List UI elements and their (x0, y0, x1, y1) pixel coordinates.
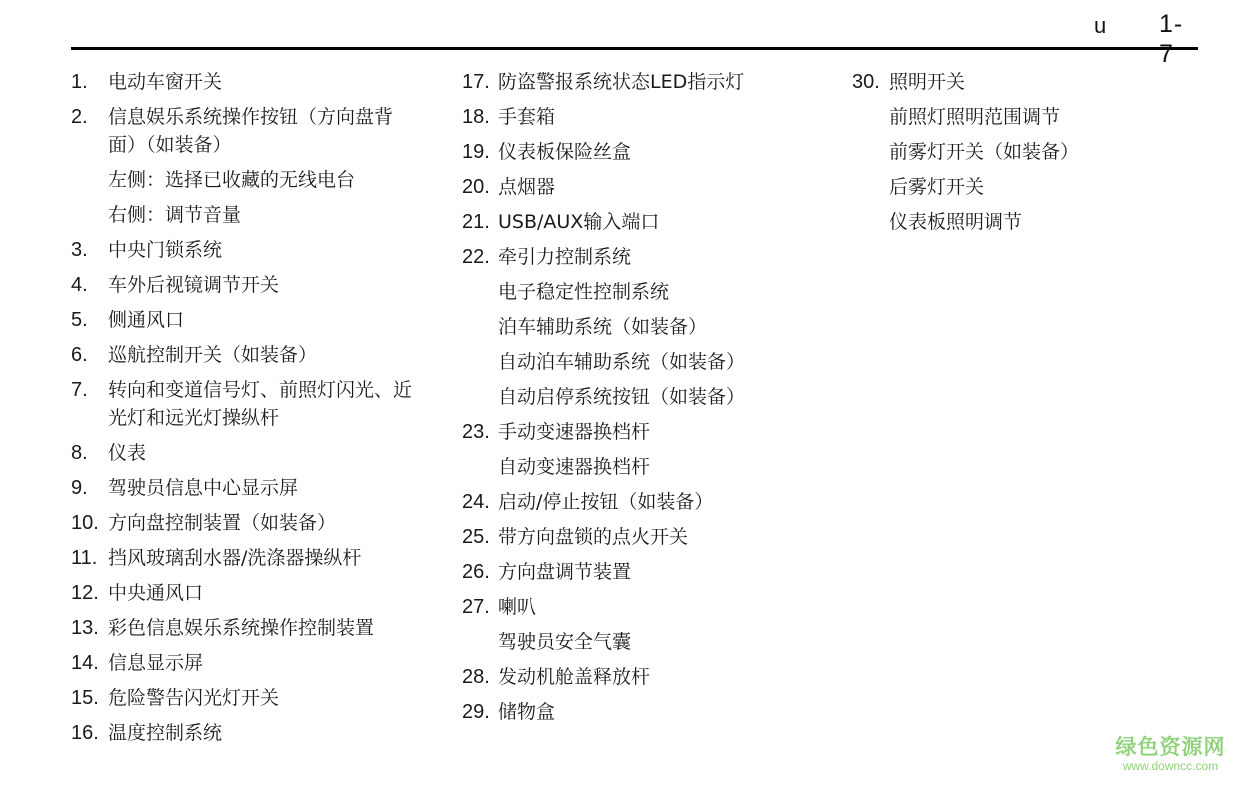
list-item: 4.车外后视镜调节开关 (71, 271, 441, 299)
item-text: 彩色信息娱乐系统操作控制装置 (71, 614, 441, 642)
item-number: 19. (462, 138, 490, 166)
item-text: 仪表板保险丝盒 (462, 138, 842, 166)
list-item: 14.信息显示屏 (71, 649, 441, 677)
list-item: 30.照明开关 (852, 68, 1172, 96)
item-text: 仪表板照明调节 (852, 208, 1172, 236)
item-text: 发动机舱盖释放杆 (462, 663, 842, 691)
item-text: 自动泊车辅助系统（如装备） (462, 348, 842, 376)
list-item: 25.带方向盘锁的点火开关 (462, 523, 842, 551)
item-text: 带方向盘锁的点火开关 (462, 523, 842, 551)
item-text: 信息显示屏 (71, 649, 441, 677)
column-1: 1.电动车窗开关 2.信息娱乐系统操作按钮（方向盘背面）（如装备） 左侧：选择已… (71, 68, 441, 754)
list-item: 5.侧通风口 (71, 306, 441, 334)
list-item: 22.牵引力控制系统 (462, 243, 842, 271)
item-number: 21. (462, 208, 490, 236)
item-text: 点烟器 (462, 173, 842, 201)
watermark-title: 绿色资源网 (1108, 735, 1233, 759)
header-rule (71, 47, 1198, 50)
list-item: 16.温度控制系统 (71, 719, 441, 747)
item-number: 7. (71, 376, 88, 404)
list-item: 15.危险警告闪光灯开关 (71, 684, 441, 712)
item-text: 右侧：调节音量 (71, 201, 441, 229)
item-text: 侧通风口 (71, 306, 441, 334)
item-text: 自动变速器换档杆 (462, 453, 842, 481)
list-subitem: 后雾灯开关 (852, 173, 1172, 201)
item-text: 巡航控制开关（如装备） (71, 341, 441, 369)
item-number: 26. (462, 558, 490, 586)
list-item: 26.方向盘调节装置 (462, 558, 842, 586)
list-subitem: 左侧：选择已收藏的无线电台 (71, 166, 441, 194)
list-item: 6.巡航控制开关（如装备） (71, 341, 441, 369)
item-number: 29. (462, 698, 490, 726)
item-text: 手动变速器换档杆 (462, 418, 842, 446)
item-number: 12. (71, 579, 99, 607)
list-item: 3.中央门锁系统 (71, 236, 441, 264)
list-subitem: 自动泊车辅助系统（如装备） (462, 348, 842, 376)
item-text: 方向盘控制装置（如装备） (71, 509, 441, 537)
item-text: 前雾灯开关（如装备） (852, 138, 1172, 166)
item-text: 温度控制系统 (71, 719, 441, 747)
item-number: 24. (462, 488, 490, 516)
item-text: 前照灯照明范围调节 (852, 103, 1172, 131)
item-number: 23. (462, 418, 490, 446)
item-text: 防盗警报系统状态LED指示灯 (462, 68, 842, 96)
list-subitem: 自动变速器换档杆 (462, 453, 842, 481)
list-item: 13.彩色信息娱乐系统操作控制装置 (71, 614, 441, 642)
list-subitem: 驾驶员安全气囊 (462, 628, 842, 656)
item-text: 车外后视镜调节开关 (71, 271, 441, 299)
watermark: 绿色资源网 www.downcc.com (1108, 735, 1233, 773)
list-item: 27.喇叭 (462, 593, 842, 621)
item-text: 泊车辅助系统（如装备） (462, 313, 842, 341)
column-2: 17.防盗警报系统状态LED指示灯 18.手套箱 19.仪表板保险丝盒 20.点… (462, 68, 842, 733)
item-number: 16. (71, 719, 99, 747)
item-text: 后雾灯开关 (852, 173, 1172, 201)
item-number: 9. (71, 474, 88, 502)
watermark-url: www.downcc.com (1108, 759, 1233, 773)
list-subitem: 右侧：调节音量 (71, 201, 441, 229)
item-number: 1. (71, 68, 88, 96)
item-text: 电动车窗开关 (71, 68, 441, 96)
item-text: 自动启停系统按钮（如装备） (462, 383, 842, 411)
item-number: 6. (71, 341, 88, 369)
list-subitem: 前雾灯开关（如装备） (852, 138, 1172, 166)
item-number: 17. (462, 68, 490, 96)
list-item: 7.转向和变道信号灯、前照灯闪光、近光灯和远光灯操纵杆 (71, 376, 441, 432)
list-item: 19.仪表板保险丝盒 (462, 138, 842, 166)
list-item: 2.信息娱乐系统操作按钮（方向盘背面）（如装备） (71, 103, 441, 159)
item-text: 挡风玻璃刮水器/洗涤器操纵杆 (71, 544, 441, 572)
list-item: 23.手动变速器换档杆 (462, 418, 842, 446)
item-text: 驾驶员安全气囊 (462, 628, 842, 656)
item-number: 4. (71, 271, 88, 299)
item-number: 10. (71, 509, 99, 537)
item-number: 25. (462, 523, 490, 551)
list-item: 12.中央通风口 (71, 579, 441, 607)
item-text: 手套箱 (462, 103, 842, 131)
item-number: 15. (71, 684, 99, 712)
item-text: 危险警告闪光灯开关 (71, 684, 441, 712)
list-item: 1.电动车窗开关 (71, 68, 441, 96)
item-number: 14. (71, 649, 99, 677)
item-text: 仪表 (71, 439, 441, 467)
item-text: 中央门锁系统 (71, 236, 441, 264)
item-text: 转向和变道信号灯、前照灯闪光、近光灯和远光灯操纵杆 (71, 376, 418, 432)
list-item: 17.防盗警报系统状态LED指示灯 (462, 68, 842, 96)
list-subitem: 前照灯照明范围调节 (852, 103, 1172, 131)
item-text: 启动/停止按钮（如装备） (462, 488, 842, 516)
item-number: 5. (71, 306, 88, 334)
item-number: 13. (71, 614, 99, 642)
list-subitem: 泊车辅助系统（如装备） (462, 313, 842, 341)
item-text: 牵引力控制系统 (462, 243, 842, 271)
item-number: 27. (462, 593, 490, 621)
item-text: 照明开关 (852, 68, 1172, 96)
list-item: 18.手套箱 (462, 103, 842, 131)
item-text: USB/AUX输入端口 (462, 208, 842, 236)
list-item: 8.仪表 (71, 439, 441, 467)
item-number: 2. (71, 103, 88, 131)
item-number: 20. (462, 173, 490, 201)
list-subitem: 自动启停系统按钮（如装备） (462, 383, 842, 411)
item-number: 11. (71, 544, 97, 572)
header-section-glyph: u (1094, 12, 1106, 40)
item-text: 驾驶员信息中心显示屏 (71, 474, 441, 502)
list-item: 28.发动机舱盖释放杆 (462, 663, 842, 691)
item-number: 8. (71, 439, 88, 467)
column-3: 30.照明开关 前照灯照明范围调节 前雾灯开关（如装备） 后雾灯开关 仪表板照明… (852, 68, 1172, 243)
item-text: 左侧：选择已收藏的无线电台 (71, 166, 441, 194)
list-item: 10.方向盘控制装置（如装备） (71, 509, 441, 537)
list-item: 9.驾驶员信息中心显示屏 (71, 474, 441, 502)
list-subitem: 电子稳定性控制系统 (462, 278, 842, 306)
item-text: 方向盘调节装置 (462, 558, 842, 586)
list-item: 29.储物盒 (462, 698, 842, 726)
item-text: 喇叭 (462, 593, 842, 621)
item-number: 3. (71, 236, 88, 264)
item-number: 18. (462, 103, 490, 131)
item-text: 信息娱乐系统操作按钮（方向盘背面）（如装备） (71, 103, 418, 159)
list-subitem: 仪表板照明调节 (852, 208, 1172, 236)
page-header: u 1-7 (71, 0, 1198, 50)
list-item: 20.点烟器 (462, 173, 842, 201)
item-text: 中央通风口 (71, 579, 441, 607)
item-text: 电子稳定性控制系统 (462, 278, 842, 306)
list-item: 11.挡风玻璃刮水器/洗涤器操纵杆 (71, 544, 441, 572)
item-number: 22. (462, 243, 490, 271)
item-text: 储物盒 (462, 698, 842, 726)
page-number: 1-7 (1159, 9, 1198, 69)
item-number: 30. (852, 68, 880, 96)
list-item: 24.启动/停止按钮（如装备） (462, 488, 842, 516)
item-number: 28. (462, 663, 490, 691)
list-item: 21.USB/AUX输入端口 (462, 208, 842, 236)
